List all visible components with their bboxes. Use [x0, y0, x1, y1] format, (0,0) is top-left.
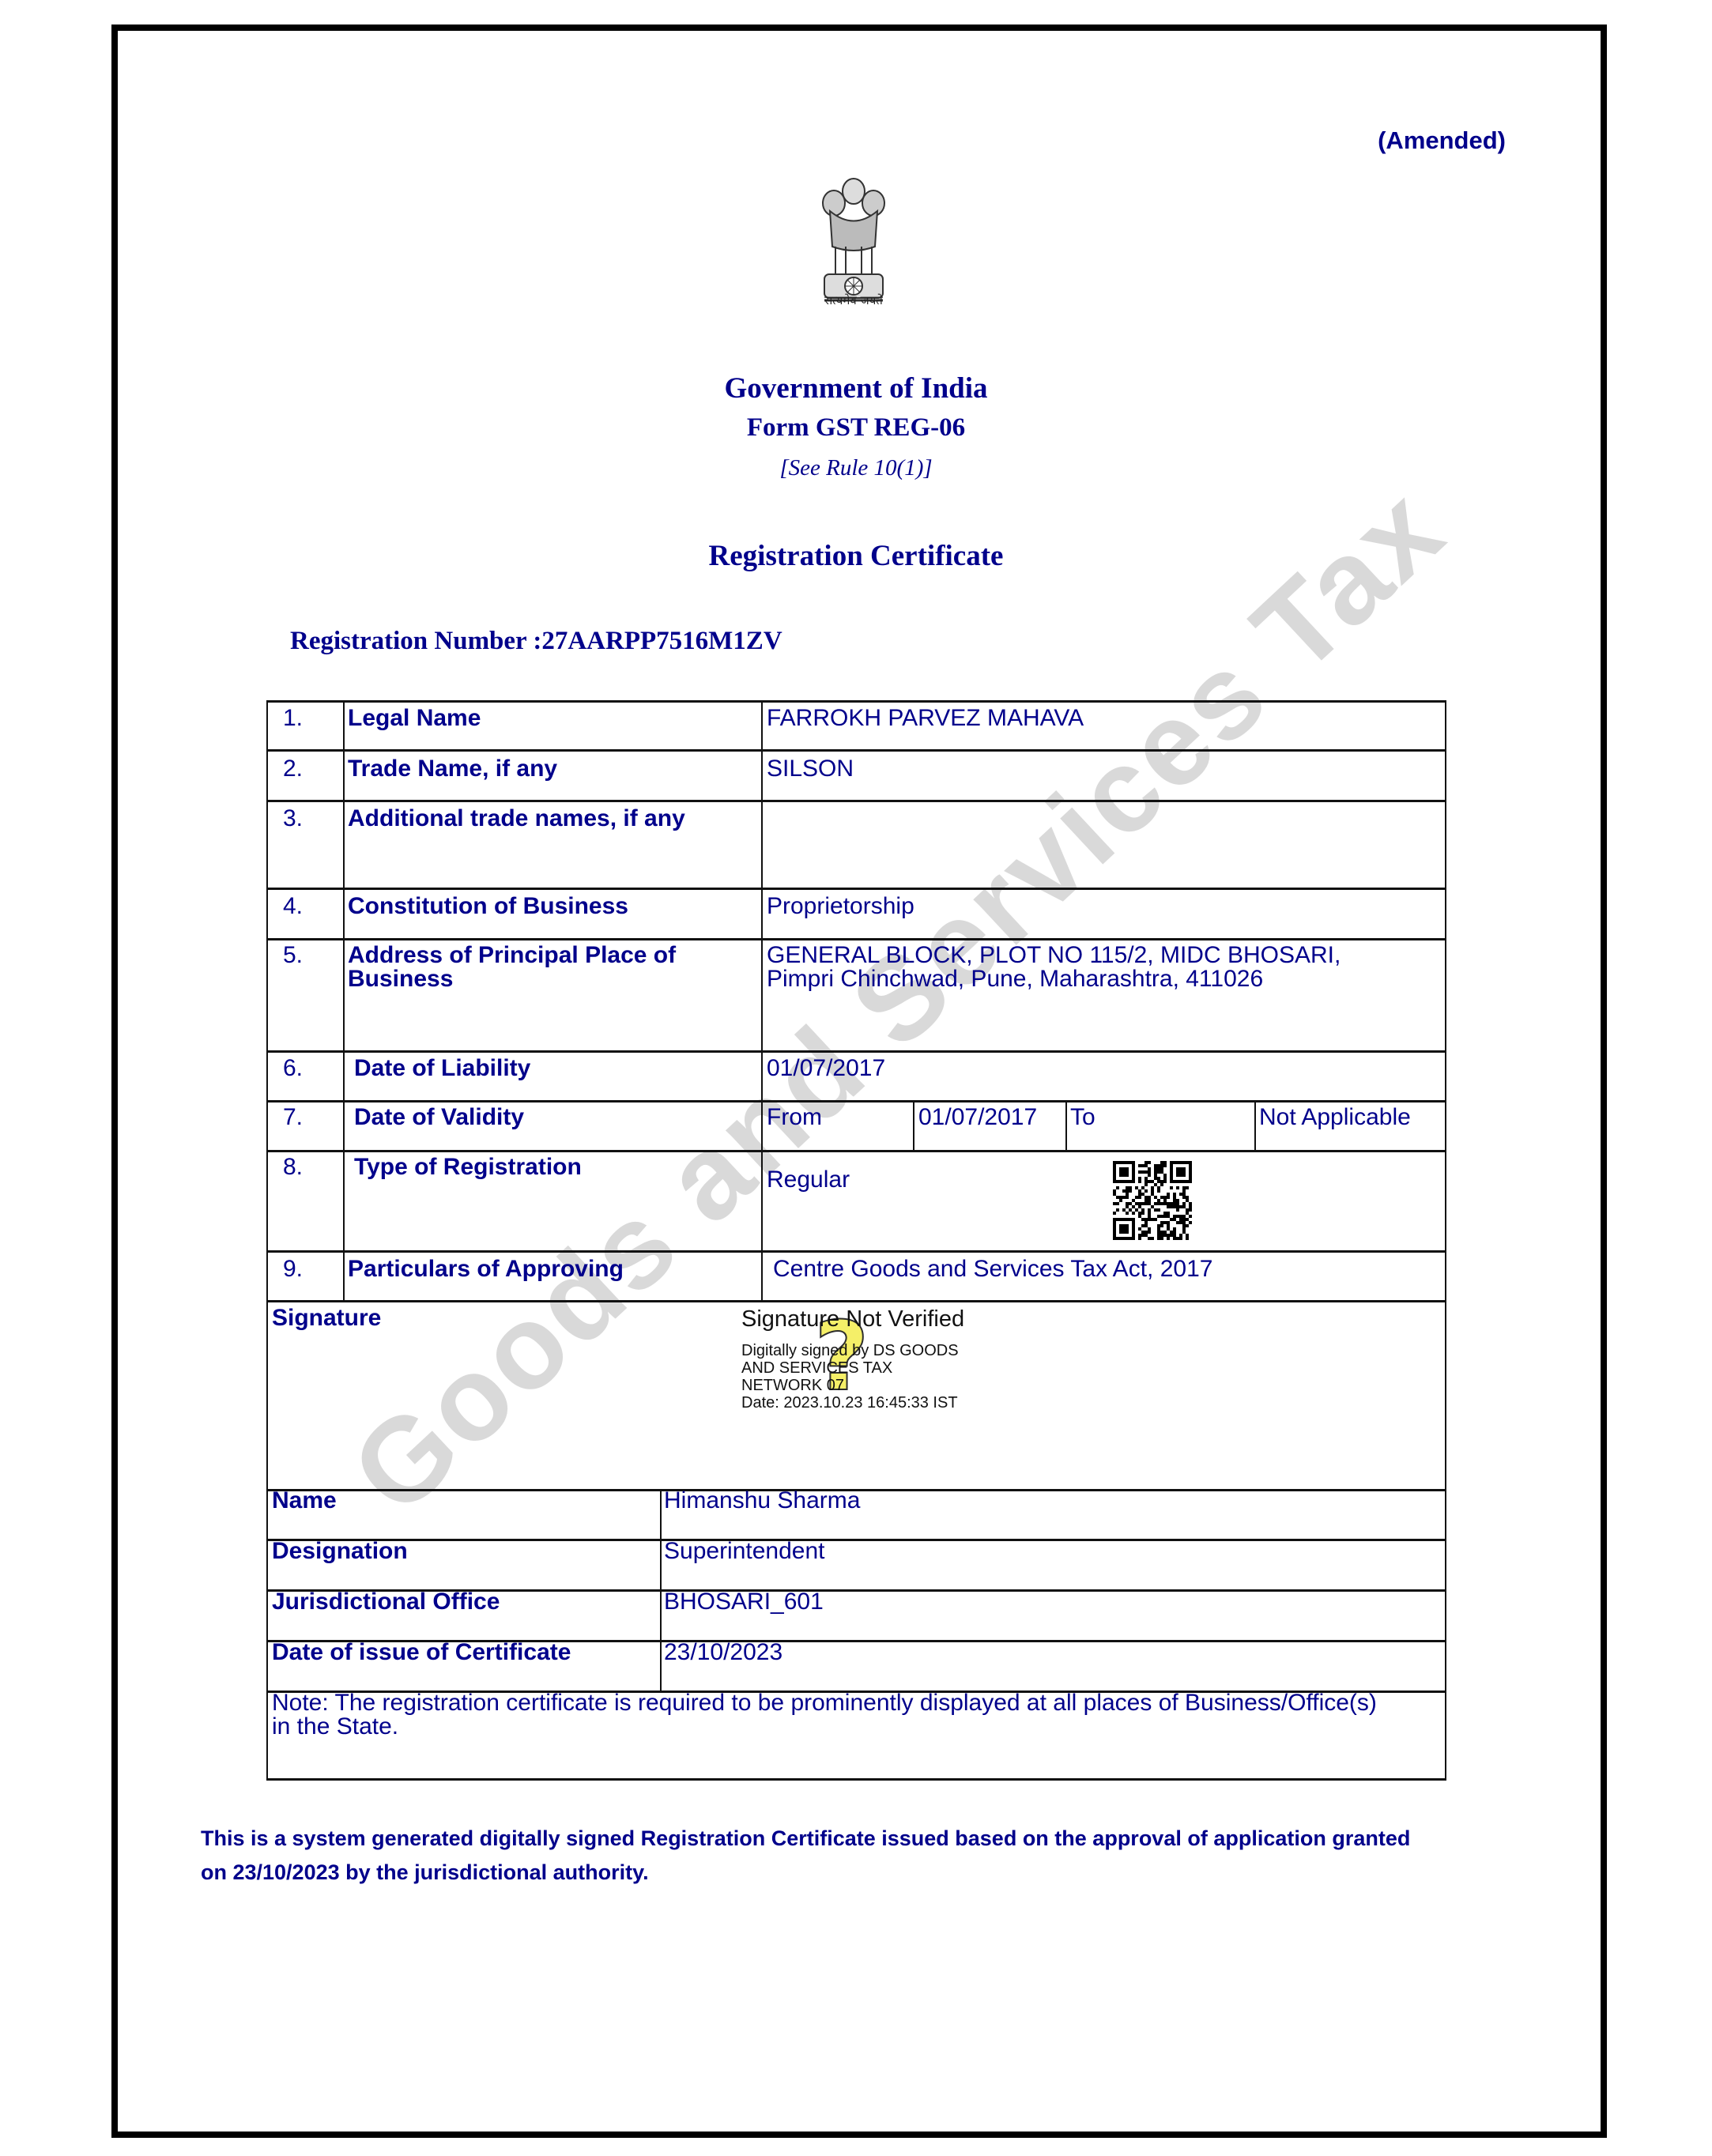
officer-designation-value: Superintendent — [664, 1539, 825, 1563]
registration-number: Registration Number :27AARPP7516M1ZV — [290, 627, 782, 656]
row-5-value-line2: Pimpri Chinchwad, Pune, Maharashtra, 411… — [767, 967, 1263, 991]
row-8-label: Type of Registration — [354, 1155, 582, 1179]
row-2-number: 2. — [283, 756, 303, 781]
jurisdictional-office-value: BHOSARI_601 — [664, 1589, 824, 1614]
table-rule — [266, 1778, 1446, 1781]
issue-date-label: Date of issue of Certificate — [272, 1640, 571, 1664]
jurisdictional-office-label: Jurisdictional Office — [272, 1589, 500, 1614]
header-government: Government of India — [0, 371, 1712, 405]
officer-designation-label: Designation — [272, 1539, 408, 1563]
row-7-from-value: 01/07/2017 — [918, 1105, 1037, 1129]
row-2-value: SILSON — [767, 756, 854, 781]
officer-name-label: Name — [272, 1488, 337, 1513]
emblem-motto: सत्यमेव जयते — [782, 292, 925, 308]
row-7-number: 7. — [283, 1105, 303, 1129]
table-rule — [266, 1050, 1446, 1053]
row-9-label: Particulars of Approving — [348, 1257, 624, 1281]
row-4-value: Proprietorship — [767, 894, 914, 918]
header-rule: [See Rule 10(1)] — [0, 455, 1712, 481]
row-4-number: 4. — [283, 894, 303, 918]
note-line2: in the State. — [272, 1714, 398, 1739]
table-rule — [1445, 700, 1446, 1780]
qr-code-icon — [1113, 1161, 1192, 1240]
officer-name-value: Himanshu Sharma — [664, 1488, 860, 1513]
row-5-number: 5. — [283, 943, 303, 967]
row-5-label-line2: Business — [348, 967, 453, 991]
table-rule — [266, 800, 1446, 802]
page-border — [111, 24, 1607, 2138]
table-rule — [761, 700, 763, 1300]
row-1-label: Legal Name — [348, 706, 481, 730]
row-1-number: 1. — [283, 706, 303, 730]
table-rule — [266, 700, 1446, 703]
row-4-label: Constitution of Business — [348, 894, 628, 918]
amended-label: (Amended) — [1265, 126, 1506, 155]
footer-line1: This is a system generated digitally sig… — [201, 1822, 1513, 1856]
row-1-value: FARROKH PARVEZ MAHAVA — [767, 706, 1084, 730]
row-3-label: Additional trade names, if any — [348, 806, 685, 831]
row-6-label: Date of Liability — [354, 1056, 530, 1080]
row-7-to-label: To — [1070, 1105, 1095, 1129]
signature-detail-line1: Digitally signed by DS GOODS — [741, 1342, 959, 1359]
table-rule — [1254, 1100, 1256, 1150]
row-8-value: Regular — [767, 1167, 850, 1192]
row-7-from-label: From — [767, 1105, 822, 1129]
table-rule — [266, 1150, 1446, 1152]
table-rule — [343, 700, 345, 1300]
signature-detail-line4: Date: 2023.10.23 16:45:33 IST — [741, 1394, 958, 1412]
table-rule — [266, 1100, 1446, 1102]
page-title: Registration Certificate — [0, 539, 1712, 573]
signature-detail-line3: NETWORK 07 — [741, 1377, 844, 1394]
row-7-to-value: Not Applicable — [1259, 1105, 1411, 1129]
row-9-number: 9. — [283, 1257, 303, 1281]
signature-label: Signature — [272, 1306, 381, 1330]
table-rule — [913, 1100, 914, 1150]
footer-statement: This is a system generated digitally sig… — [201, 1822, 1513, 1890]
table-rule — [660, 1489, 662, 1690]
row-6-number: 6. — [283, 1056, 303, 1080]
table-rule — [266, 938, 1446, 940]
footer-line2: on 23/10/2023 by the jurisdictional auth… — [201, 1856, 1513, 1890]
signature-status: Signature Not Verified — [741, 1306, 964, 1332]
signature-detail-line2: AND SERVICES TAX — [741, 1359, 892, 1377]
table-rule — [1065, 1100, 1067, 1150]
row-5-label-line1: Address of Principal Place of — [348, 943, 676, 967]
issue-date-value: 23/10/2023 — [664, 1640, 782, 1664]
row-7-label: Date of Validity — [354, 1105, 524, 1129]
row-5-value-line1: GENERAL BLOCK, PLOT NO 115/2, MIDC BHOSA… — [767, 943, 1341, 967]
row-6-value: 01/07/2017 — [767, 1056, 885, 1080]
table-rule — [266, 1539, 1446, 1541]
table-rule — [266, 888, 1446, 890]
header-form: Form GST REG-06 — [0, 413, 1712, 443]
table-rule — [266, 1250, 1446, 1253]
table-rule — [266, 700, 268, 1780]
table-rule — [266, 749, 1446, 752]
note-line1: Note: The registration certificate is re… — [272, 1690, 1377, 1715]
row-3-number: 3. — [283, 806, 303, 831]
row-2-label: Trade Name, if any — [348, 756, 557, 781]
row-8-number: 8. — [283, 1155, 303, 1179]
row-9-value: Centre Goods and Services Tax Act, 2017 — [773, 1257, 1212, 1281]
